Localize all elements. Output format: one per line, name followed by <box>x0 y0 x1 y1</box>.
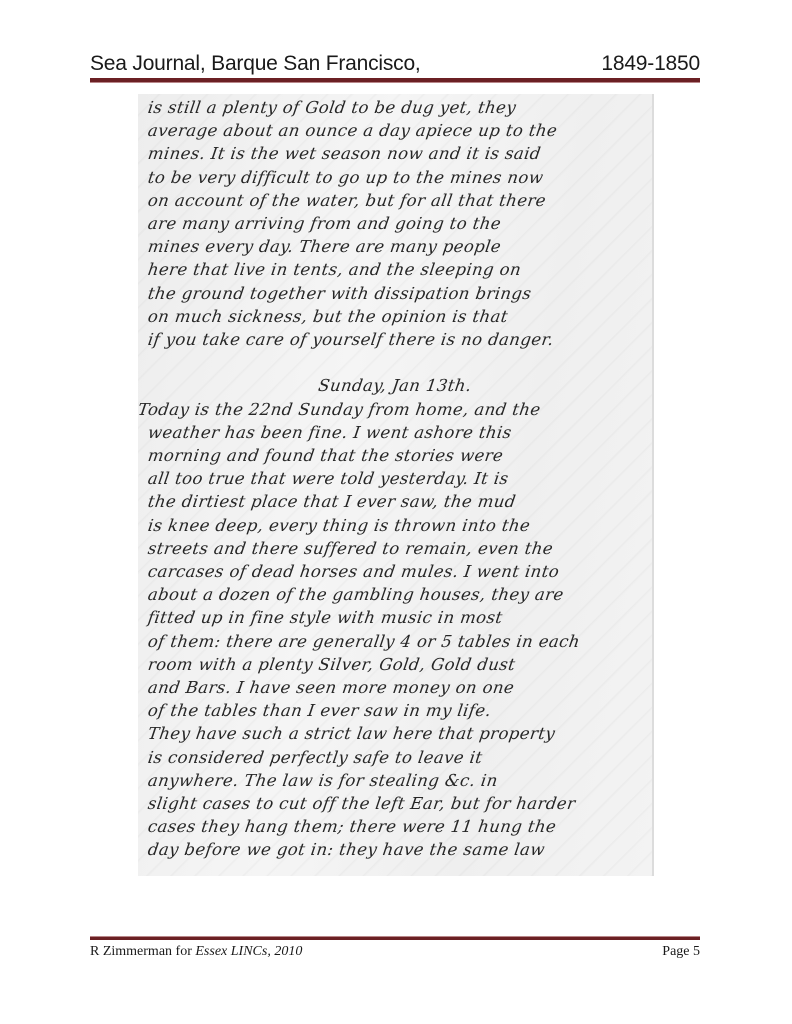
manuscript-line: They have such a strict law here that pr… <box>147 724 648 743</box>
manuscript-line: average about an ounce a day apiece up t… <box>147 121 648 140</box>
manuscript-line: morning and found that the stories were <box>147 446 648 465</box>
manuscript-line: if you take care of yourself there is no… <box>147 330 648 349</box>
manuscript-line: Today is the 22nd Sunday from home, and … <box>138 400 647 419</box>
manuscript-line: of the tables than I ever saw in my life… <box>147 701 648 720</box>
footer-author: R Zimmerman for <box>90 944 195 959</box>
footer-credit: R Zimmerman for Essex LINCs, 2010 <box>90 944 302 960</box>
manuscript-line: are many arriving from and going to the <box>147 214 648 233</box>
footer-divider <box>90 936 700 940</box>
manuscript-line: to be very difficult to go up to the min… <box>147 168 648 187</box>
manuscript-line: room with a plenty Silver, Gold, Gold du… <box>147 655 648 674</box>
manuscript-line: here that live in tents, and the sleepin… <box>147 260 648 279</box>
header-divider <box>90 78 700 83</box>
manuscript-line: fitted up in fine style with music in mo… <box>147 608 648 627</box>
manuscript-line: about a dozen of the gambling houses, th… <box>147 585 648 604</box>
manuscript-line: the ground together with dissipation bri… <box>147 284 648 303</box>
manuscript-line: cases they hang them; there were 11 hung… <box>147 817 648 836</box>
page-footer: R Zimmerman for Essex LINCs, 2010 Page 5 <box>90 944 700 960</box>
manuscript-line: is knee deep, every thing is thrown into… <box>147 516 648 535</box>
manuscript-line: on account of the water, but for all tha… <box>147 191 648 210</box>
manuscript-line: carcases of dead horses and mules. I wen… <box>147 562 648 581</box>
page-number: Page 5 <box>662 944 700 960</box>
manuscript-line: weather has been fine. I went ashore thi… <box>147 423 648 442</box>
manuscript-line: mines every day. There are many people <box>147 237 648 256</box>
journal-title: Sea Journal, Barque San Francisco, <box>90 52 421 76</box>
manuscript-line: on much sickness, but the opinion is tha… <box>147 307 648 326</box>
manuscript-line: and Bars. I have seen more money on one <box>147 678 648 697</box>
manuscript-line: day before we got in: they have the same… <box>147 840 648 859</box>
entry-date-heading: Sunday, Jan 13th. <box>143 376 648 395</box>
journal-years: 1849-1850 <box>601 52 700 76</box>
footer-publication: Essex LINCs, 2010 <box>195 944 302 959</box>
page-header: Sea Journal, Barque San Francisco, 1849-… <box>90 46 700 76</box>
manuscript-scan: is still a plenty of Gold to be dug yet,… <box>138 94 652 876</box>
manuscript-line: streets and there suffered to remain, ev… <box>147 539 648 558</box>
manuscript-line: all too true that were told yesterday. I… <box>147 469 648 488</box>
manuscript-line: is still a plenty of Gold to be dug yet,… <box>147 98 648 117</box>
manuscript-line: of them: there are generally 4 or 5 tabl… <box>147 632 648 651</box>
manuscript-line: mines. It is the wet season now and it i… <box>147 144 648 163</box>
manuscript-line: is considered perfectly safe to leave it <box>147 748 648 767</box>
manuscript-line: the dirtiest place that I ever saw, the … <box>147 492 648 511</box>
manuscript-line: anywhere. The law is for stealing &c. in <box>147 771 648 790</box>
manuscript-line: slight cases to cut off the left Ear, bu… <box>147 794 648 813</box>
